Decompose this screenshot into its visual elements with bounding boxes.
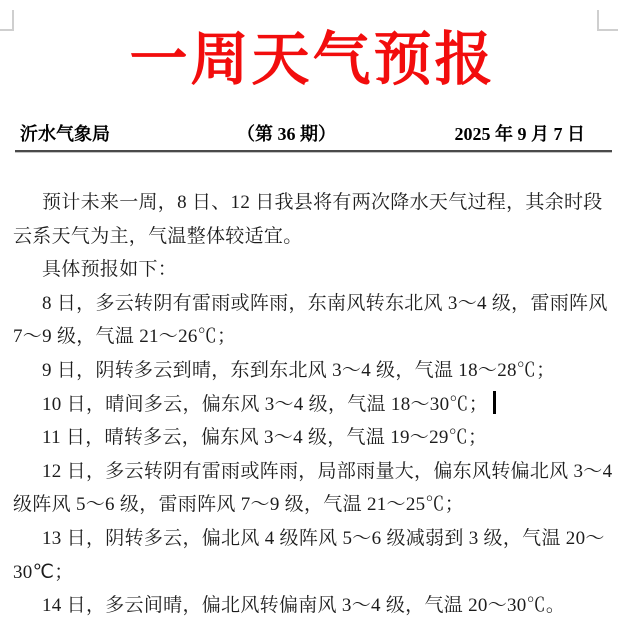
body-line-text: 具体预报如下： [42,259,177,280]
body-line-text: 10 日，晴间多云，偏东风 3～4 级，气温 18～30℃； [42,394,488,415]
body-line: 级阵风 5～6 级，雷雨阵风 7～9 级，气温 21～25℃； [13,488,598,522]
body-line: 12 日，多云转阴有雷雨或阵雨，局部雨量大，偏东风转偏北风 3～4 [13,455,598,489]
body-line: 11 日，晴转多云，偏东风 3～4 级，气温 19～29℃； [13,421,598,455]
body-line-text: 12 日，多云转阴有雷雨或阵雨，局部雨量大，偏东风转偏北风 3～4 [42,461,612,482]
masthead: 沂水气象局 （第 36 期） 2025 年 9 月 7 日 [0,120,625,146]
body-line: 13 日，阴转多云，偏北风 4 级阵风 5～6 级减弱到 3 级，气温 20～ [13,522,598,556]
forecast-body[interactable]: 预计未来一周，8 日、12 日我县将有两次降水天气过程，其余时段云系天气为主，气… [13,186,598,623]
body-line: 10 日，晴间多云，偏东风 3～4 级，气温 18～30℃； [13,388,598,422]
body-line-text: 云系天气为主，气温整体较适宜。 [13,226,303,247]
body-line-text: 11 日，晴转多云，偏东风 3～4 级，气温 19～29℃； [42,427,487,448]
body-line-text: 预计未来一周，8 日、12 日我县将有两次降水天气过程，其余时段 [42,192,603,213]
issue-number: （第 36 期） [237,120,336,146]
body-line: 30℃； [13,556,598,590]
body-line-text: 8 日，多云转阴有雷雨或阵雨，东南风转东北风 3～4 级，雷雨阵风 [42,293,608,314]
body-line: 9 日，阴转多云到晴，东到东北风 3～4 级，气温 18～28℃； [13,354,598,388]
document-page: { "page": { "background_color": "#ffffff… [0,0,625,635]
body-line: 预计未来一周，8 日、12 日我县将有两次降水天气过程，其余时段 [13,186,598,220]
body-line: 具体预报如下： [13,253,598,287]
body-line-text: 9 日，阴转多云到晴，东到东北风 3～4 级，气温 18～28℃； [42,360,555,381]
document-title: 一周天气预报 [0,26,625,94]
body-line: 云系天气为主，气温整体较适宜。 [13,220,598,254]
body-line: 7～9 级，气温 21～26℃； [13,320,598,354]
body-line-text: 7～9 级，气温 21～26℃； [13,326,236,347]
body-line-text: 级阵风 5～6 级，雷雨阵风 7～9 级，气温 21～25℃； [13,494,464,515]
text-cursor[interactable] [493,391,496,414]
body-line: 8 日，多云转阴有雷雨或阵雨，东南风转东北风 3～4 级，雷雨阵风 [13,287,598,321]
masthead-rule [15,150,612,153]
issue-date: 2025 年 9 月 7 日 [455,120,586,146]
body-line-text: 14 日，多云间晴，偏北风转偏南风 3～4 级，气温 20～30℃。 [42,595,565,616]
issuing-agency: 沂水气象局 [20,120,110,146]
body-line-text: 30℃； [13,562,74,583]
body-line-text: 13 日，阴转多云，偏北风 4 级阵风 5～6 级减弱到 3 级，气温 20～ [42,528,605,549]
body-line: 14 日，多云间晴，偏北风转偏南风 3～4 级，气温 20～30℃。 [13,589,598,623]
